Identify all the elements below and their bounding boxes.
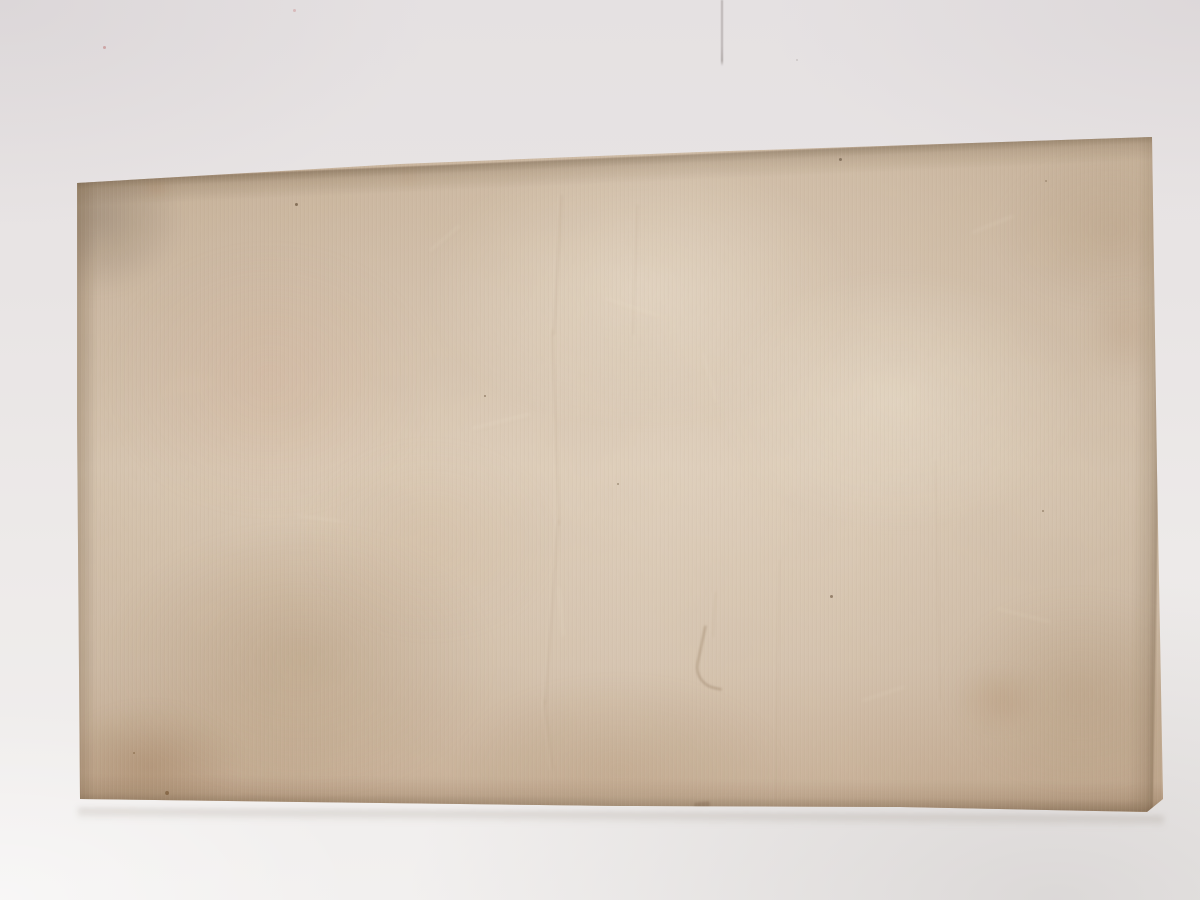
background-speck <box>293 9 296 12</box>
background-scratch-line <box>721 0 723 66</box>
background-speck <box>103 46 106 49</box>
photo-of-aged-paper <box>0 0 1200 900</box>
background-speck <box>796 59 798 61</box>
